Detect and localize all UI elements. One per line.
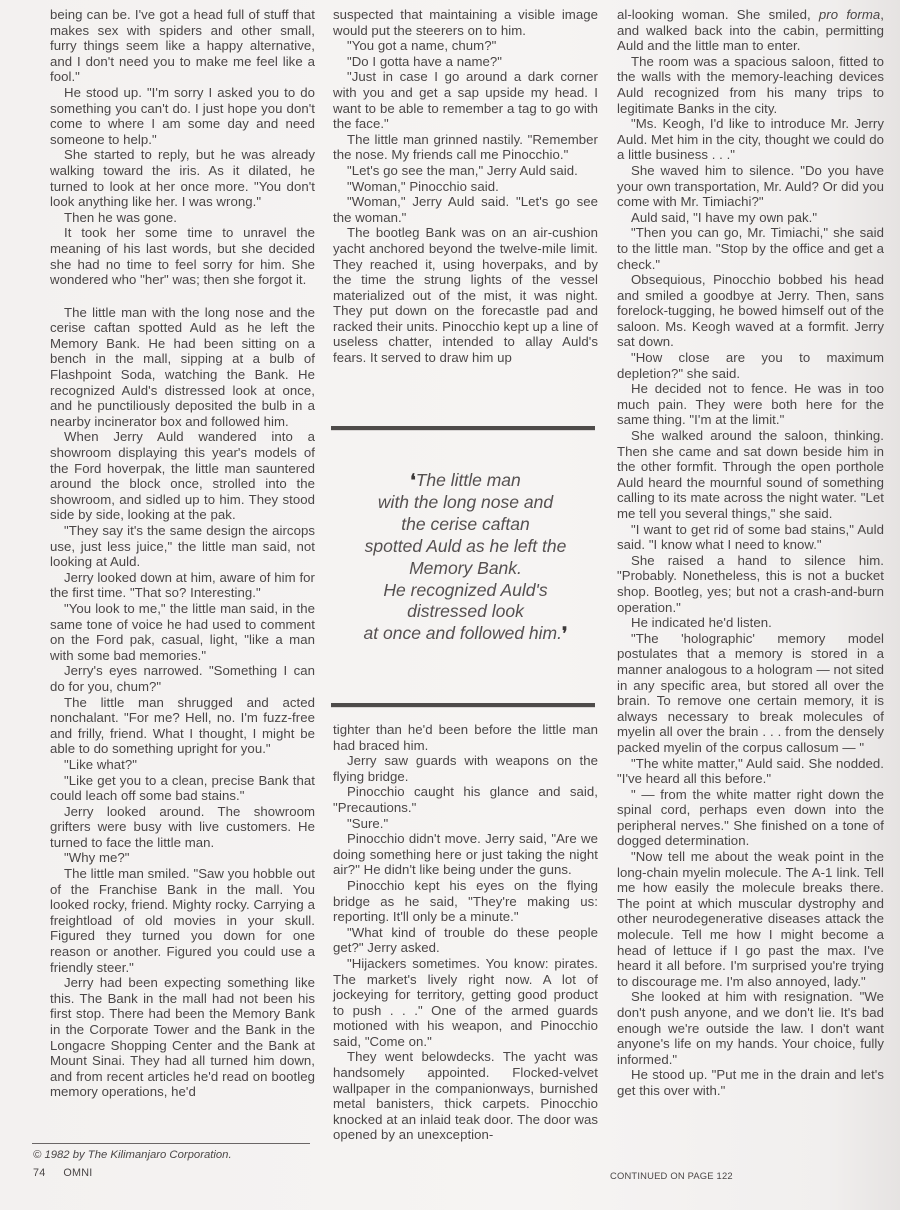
pullquote-top-rule [331,426,595,431]
paragraph: Auld said, "I have my own pak." [617,210,884,226]
paragraph: She looked at him with resignation. "We … [617,989,884,1067]
paragraph: He stood up. "Put me in the drain and le… [617,1067,884,1098]
paragraph: She waved him to silence. "Do you have y… [617,163,884,210]
paragraph: Jerry had been expecting something like … [50,975,315,1100]
text-column-1: being can be. I've got a head full of st… [50,7,315,1100]
page-number: 74 [33,1167,45,1179]
copyright-notice: © 1982 by The Kilimanjaro Corporation. [33,1149,232,1161]
paragraph: Jerry saw guards with weapons on the fly… [333,753,598,784]
paragraph: "Ms. Keogh, I'd like to introduce Mr. Je… [617,116,884,163]
page-folio: 74OMNI [33,1167,92,1179]
paragraph: The little man grinned nastily. "Remembe… [333,132,598,163]
paragraph: Jerry's eyes narrowed. "Something I can … [50,663,315,694]
paragraph: She walked around the saloon, thinking. … [617,428,884,522]
paragraph: al-looking woman. She smiled, pro forma,… [617,7,884,54]
pullquote-line: spotted Auld as he left the [333,536,598,558]
paragraph: tighter than he'd been before the little… [333,722,598,753]
paragraph: Then he was gone. [50,210,315,226]
paragraph: "Woman," Pinocchio said. [333,179,598,195]
pullquote-line: distressed look [333,601,598,623]
paragraph: "Why me?" [50,850,315,866]
paragraph: "The white matter," Auld said. She nodde… [617,756,884,787]
text-column-2-top: suspected that maintaining a visible ima… [333,7,598,366]
close-quote-icon: ❜ [562,624,567,643]
paragraph: "The 'holographic' memory model postulat… [617,631,884,756]
paragraph: "Like what?" [50,757,315,773]
text-column-2-bottom: tighter than he'd been before the little… [333,722,598,1143]
paragraph: "Just in case I go around a dark corner … [333,69,598,131]
paragraph: Obsequious, Pinocchio bobbed his head an… [617,272,884,350]
continued-notice: CONTINUED ON PAGE 122 [610,1170,733,1181]
paragraph: "Then you can go, Mr. Timiachi," she sai… [617,225,884,272]
pull-quote: ❛The little man with the long nose and t… [333,470,598,645]
paragraph: suspected that maintaining a visible ima… [333,7,598,38]
paragraph: "Like get you to a clean, precise Bank t… [50,773,315,804]
pullquote-bottom-rule [331,703,595,708]
paragraph: "Sure." [333,816,598,832]
paragraph: It took her some time to unravel the mea… [50,225,315,287]
pullquote-line: He recognized Auld's [333,580,598,602]
paragraph: "You look to me," the little man said, i… [50,601,315,663]
paragraph: She raised a hand to silence him. "Proba… [617,553,884,615]
paragraph: Jerry looked around. The showroom grifte… [50,804,315,851]
paragraph: being can be. I've got a head full of st… [50,7,315,85]
pullquote-line: ❛The little man [333,470,598,492]
paragraph: "Let's go see the man," Jerry Auld said. [333,163,598,179]
paragraph: "Woman," Jerry Auld said. "Let's go see … [333,194,598,225]
pullquote-line: at once and followed him.❜ [333,623,598,645]
paragraph: Pinocchio didn't move. Jerry said, "Are … [333,831,598,878]
paragraph: "How close are you to maximum depletion?… [617,350,884,381]
pullquote-line: with the long nose and [333,492,598,514]
paragraph: "Now tell me about the weak point in the… [617,849,884,989]
paragraph: "I want to get rid of some bad stains," … [617,522,884,553]
footer-rule [32,1143,310,1144]
paragraph: He stood up. "I'm sorry I asked you to d… [50,85,315,147]
magazine-name: OMNI [63,1167,92,1179]
paragraph: " — from the white matter right down the… [617,787,884,849]
paragraph: The little man with the long nose and th… [50,305,315,430]
pullquote-line: the cerise caftan [333,514,598,536]
pullquote-line: Memory Bank. [333,558,598,580]
paragraph: The room was a spacious saloon, fitted t… [617,54,884,116]
paragraph: "You got a name, chum?" [333,38,598,54]
paragraph: Pinocchio caught his glance and said, "P… [333,784,598,815]
paragraph: "They say it's the same design the airco… [50,523,315,570]
paragraph: The bootleg Bank was on an air-cushion y… [333,225,598,365]
paragraph: "Do I gotta have a name?" [333,54,598,70]
paragraph: The little man shrugged and acted noncha… [50,695,315,757]
paragraph: She started to reply, but he was already… [50,147,315,209]
paragraph: He indicated he'd listen. [617,615,884,631]
paragraph: "Hijackers sometimes. You know: pirates.… [333,956,598,1050]
paragraph: He decided not to fence. He was in too m… [617,381,884,428]
paragraph: Pinocchio kept his eyes on the flying br… [333,878,598,925]
text-column-3: al-looking woman. She smiled, pro forma,… [617,7,884,1099]
paragraph: When Jerry Auld wandered into a showroom… [50,429,315,523]
paragraph: The little man smiled. "Saw you hobble o… [50,866,315,975]
paragraph: Jerry looked down at him, aware of him f… [50,570,315,601]
magazine-page: being can be. I've got a head full of st… [0,0,900,1210]
paragraph: "What kind of trouble do these people ge… [333,925,598,956]
paragraph: They went belowdecks. The yacht was hand… [333,1049,598,1143]
